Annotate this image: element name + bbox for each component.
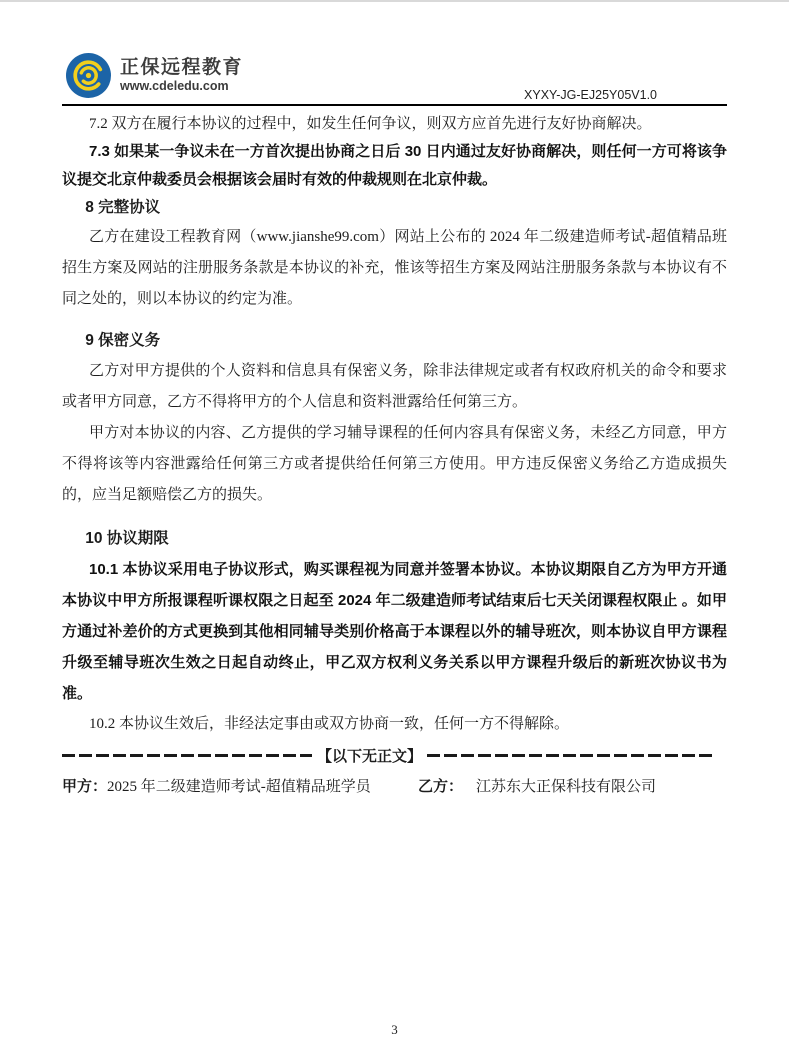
page-top-border: [0, 0, 789, 2]
page-number: 3: [0, 1022, 789, 1038]
divider-dash-right: [427, 754, 714, 757]
clause-10-2: 10.2 本协议生效后，非经法定事由或双方协商一致，任何一方不得解除。: [62, 709, 727, 740]
agreement-body: 7.2 双方在履行本协议的过程中，如发生任何争议，则双方应首先进行友好协商解决。…: [62, 106, 727, 802]
no-more-text-divider: 【以下无正文】: [62, 740, 727, 771]
brand-name: 正保远程教育: [120, 57, 243, 79]
divider-dash-left: [62, 754, 312, 757]
party-b-label: 乙方：: [418, 778, 463, 795]
section-8-heading: 8 完整协议: [62, 194, 727, 222]
clause-7-2: 7.2 双方在履行本协议的过程中，如发生任何争议，则双方应首先进行友好协商解决。: [62, 110, 727, 138]
signature-row: 甲方：2025 年二级建造师考试-超值精品班学员 乙方：江苏东大正保科技有限公司: [62, 771, 727, 802]
clause-9-1: 乙方对甲方提供的个人资料和信息具有保密义务，除非法律规定或者有权政府机关的命令和…: [62, 356, 727, 418]
clause-7-3: 7.3 如果某一争议未在一方首次提出协商之日后 30 日内通过友好协商解决，则任…: [62, 138, 727, 194]
clause-8: 乙方在建设工程教育网（www.jianshe99.com）网站上公布的 2024…: [62, 222, 727, 315]
section-9-heading: 9 保密义务: [62, 325, 727, 356]
party-b-signature: 乙方：江苏东大正保科技有限公司: [418, 771, 656, 803]
party-a-label: 甲方：: [62, 778, 107, 795]
clause-10-1: 10.1 本协议采用电子协议形式，购买课程视为同意并签署本协议。本协议期限自乙方…: [62, 554, 727, 709]
section-10-heading: 10 协议期限: [62, 523, 727, 554]
document-code: XYXY-JG-EJ25Y05V1.0: [0, 88, 657, 102]
no-more-text-label: 【以下无正文】: [317, 745, 422, 766]
document-page: 正保远程教育 www.cdeledu.com XYXY-JG-EJ25Y05V1…: [0, 0, 789, 1060]
party-a-signature: 甲方：2025 年二级建造师考试-超值精品班学员: [62, 779, 371, 795]
party-b-value: 江苏东大正保科技有限公司: [476, 779, 656, 795]
clause-9-2: 甲方对本协议的内容、乙方提供的学习辅导课程的任何内容具有保密义务，未经乙方同意，…: [62, 418, 727, 511]
party-a-value: 2025 年二级建造师考试-超值精品班学员: [107, 779, 371, 795]
